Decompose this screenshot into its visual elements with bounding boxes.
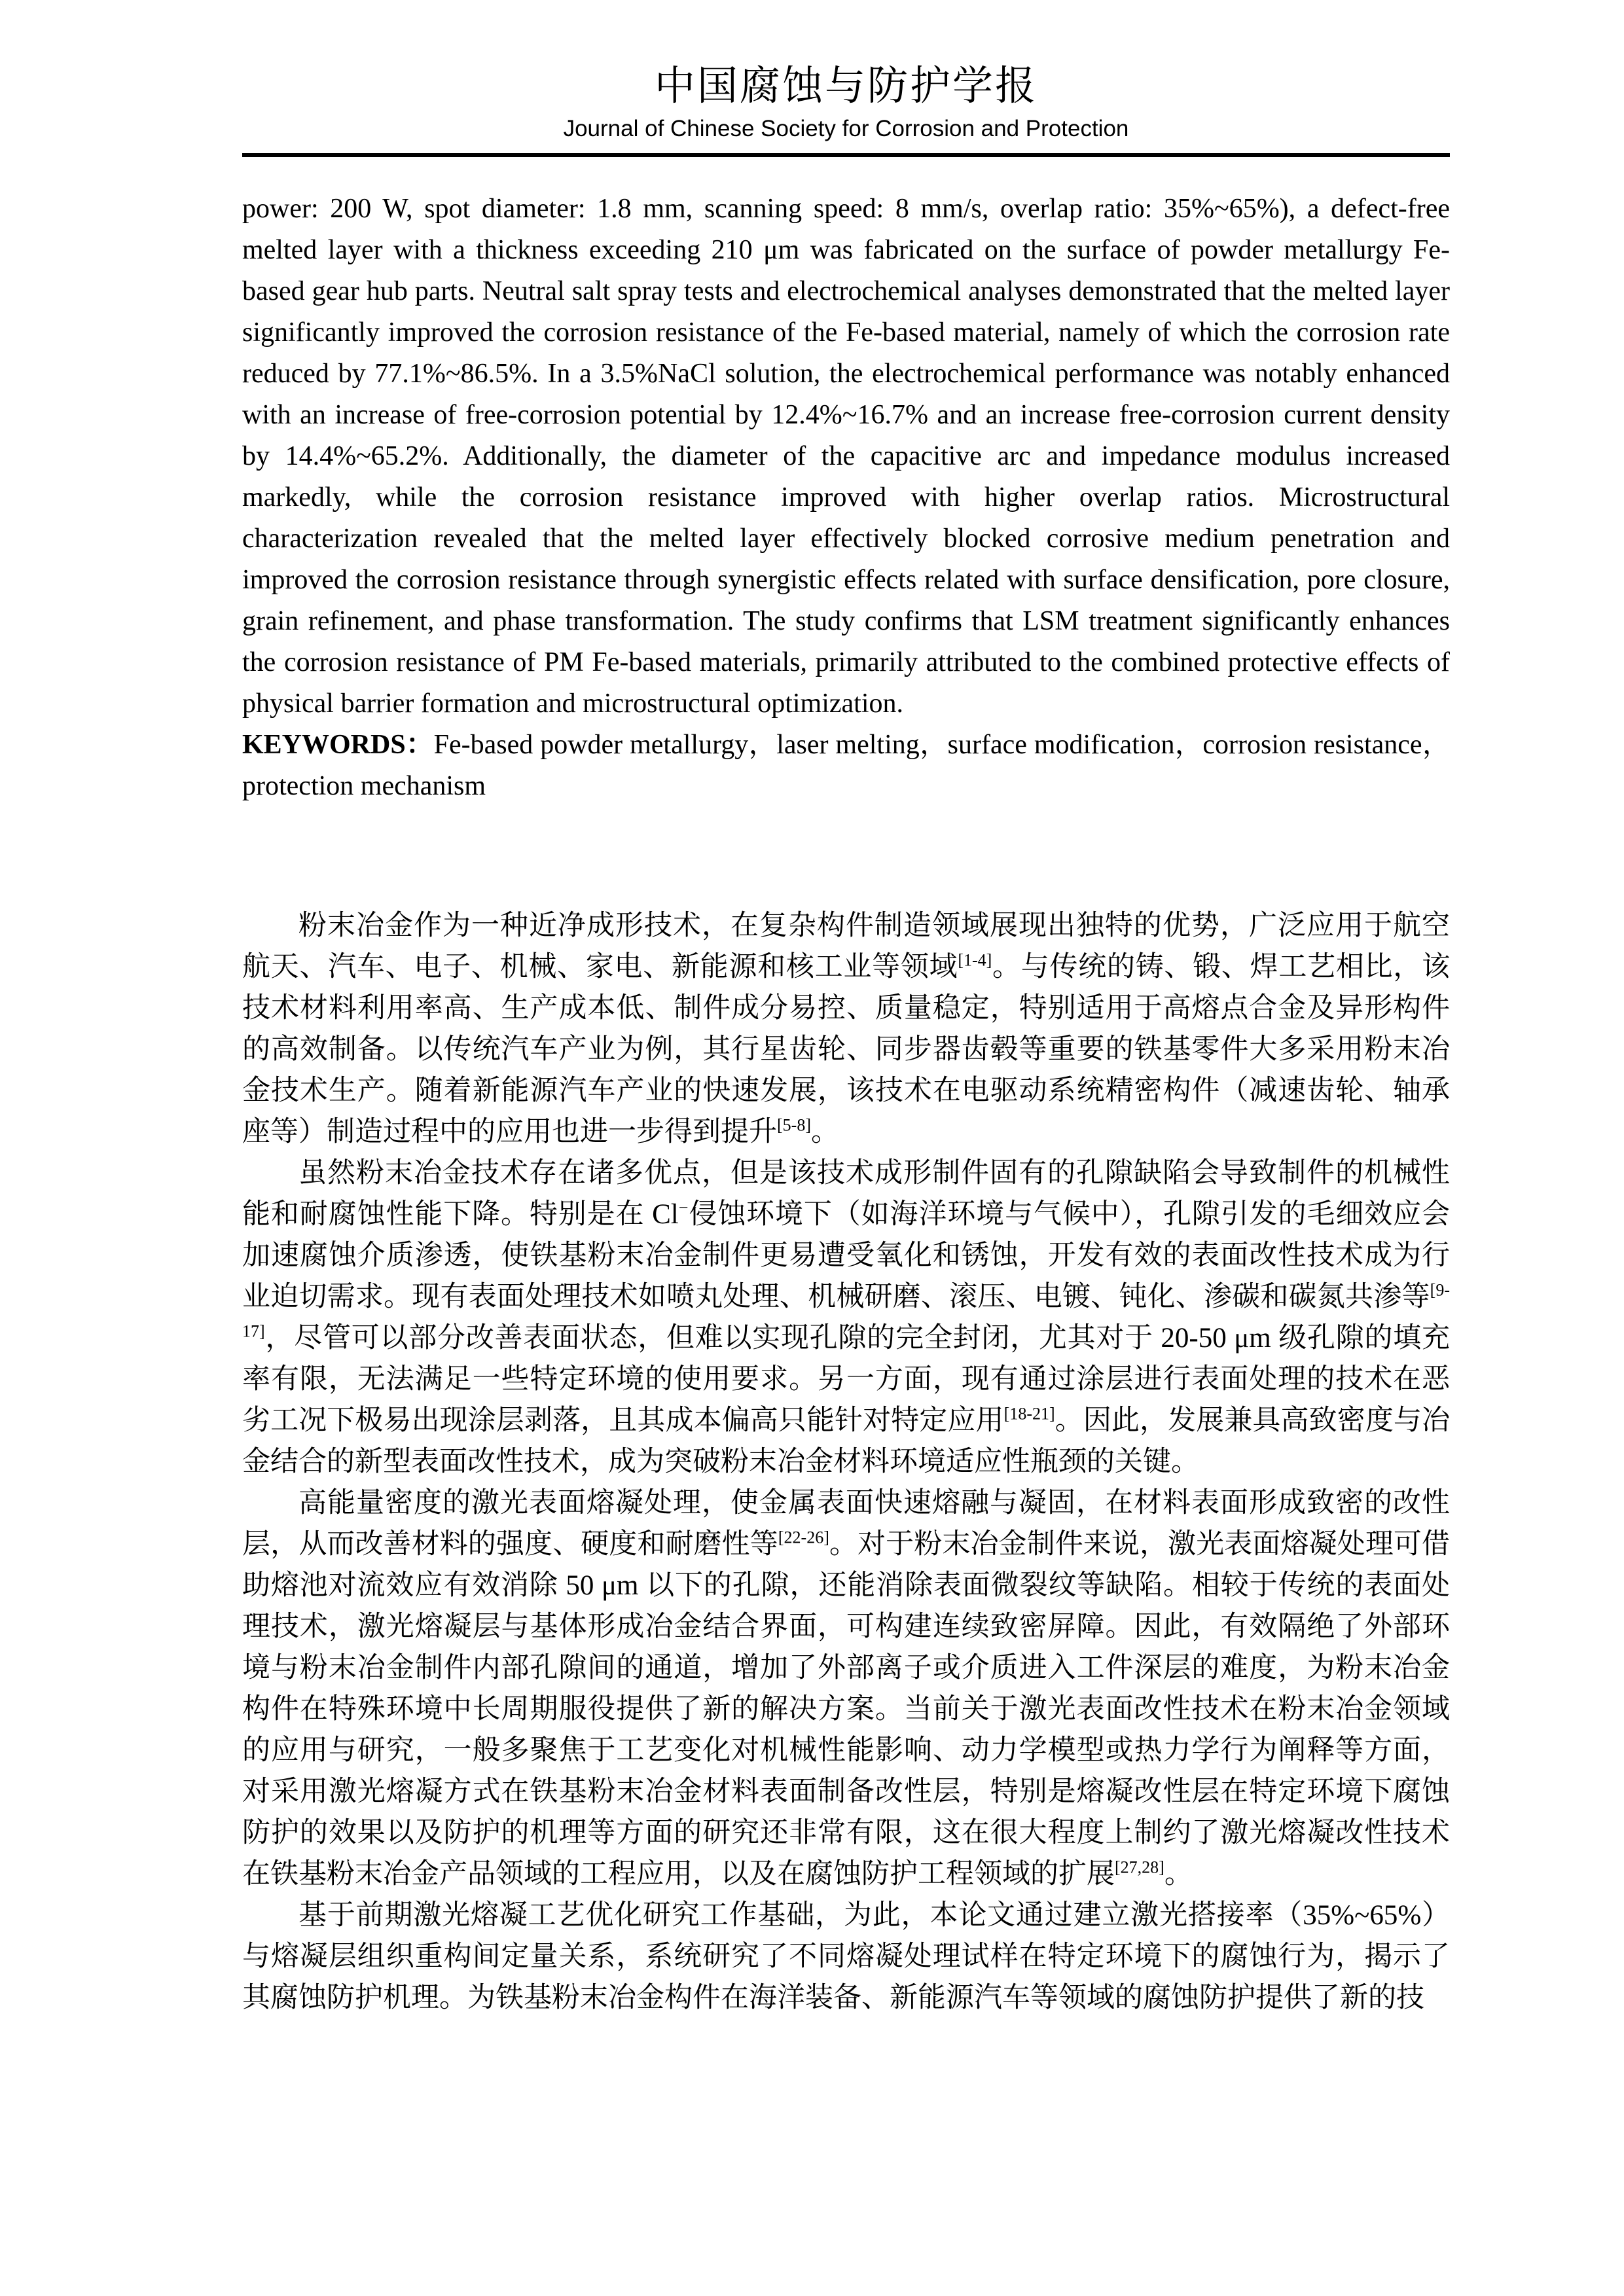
body-paragraphs: 粉末冶金作为一种近净成形技术，在复杂构件制造领域展现出独特的优势，广泛应用于航空… <box>242 905 1450 2018</box>
journal-title-en: Journal of Chinese Society for Corrosion… <box>242 116 1450 142</box>
body-paragraph: 虽然粉末冶金技术存在诸多优点，但是该技术成形制件固有的孔隙缺陷会导致制件的机械性… <box>242 1153 1450 1482</box>
body-paragraph: 高能量密度的激光表面熔凝处理，使金属表面快速熔融与凝固，在材料表面形成致密的改性… <box>242 1482 1450 1895</box>
keywords-label: KEYWORDS： <box>242 730 434 760</box>
keywords-paragraph: KEYWORDS：Fe-based powder metallurgy，lase… <box>242 725 1450 807</box>
body-paragraph: 粉末冶金作为一种近净成形技术，在复杂构件制造领域展现出独特的优势，广泛应用于航空… <box>242 905 1450 1153</box>
body-paragraph: 基于前期激光熔凝工艺优化研究工作基础，为此，本论文通过建立激光搭接率（35%~6… <box>242 1895 1450 2018</box>
page: 中国腐蚀与防护学报 Journal of Chinese Society for… <box>0 0 1624 2296</box>
journal-header: 中国腐蚀与防护学报 Journal of Chinese Society for… <box>242 62 1450 157</box>
journal-title-zh: 中国腐蚀与防护学报 <box>242 62 1450 111</box>
header-rule <box>242 153 1450 157</box>
abstract-paragraph: power: 200 W, spot diameter: 1.8 mm, sca… <box>242 188 1450 725</box>
